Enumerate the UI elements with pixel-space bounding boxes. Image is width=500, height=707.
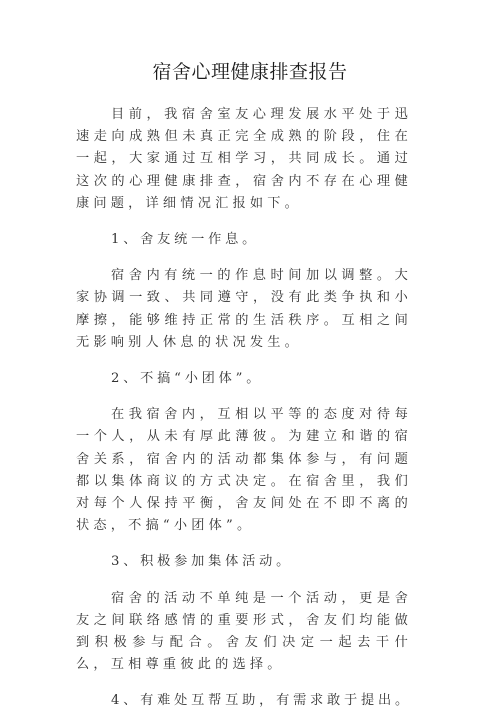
section-body-3: 宿舍的活动不单纯是一个活动，更是舍友之间联络感情的重要形式，舍友们均能做到积极参… — [76, 588, 412, 677]
document-title: 宿舍心理健康排查报告 — [0, 57, 500, 84]
section-heading-1: 1、舍友统一作息。 — [76, 229, 412, 251]
document-page: 宿舍心理健康排查报告 目前，我宿舍室友心理发展水平处于迅速走向成熟但未真正完全成… — [0, 0, 500, 707]
intro-paragraph: 目前，我宿舍室友心理发展水平处于迅速走向成熟但未真正完全成熟的阶段，住在一起，大… — [76, 104, 412, 215]
section-body-2: 在我宿舍内，互相以平等的态度对待每一个人，从未有厚此薄彼。为建立和谐的宿舍关系，… — [76, 404, 412, 537]
document-body: 目前，我宿舍室友心理发展水平处于迅速走向成熟但未真正完全成熟的阶段，住在一起，大… — [76, 104, 412, 707]
section-heading-2: 2、不搞“小团体”。 — [76, 368, 412, 390]
section-body-1: 宿舍内有统一的作息时间加以调整。大家协调一致、共同遵守，没有此类争执和小摩擦，能… — [76, 265, 412, 354]
section-heading-3: 3、积极参加集体活动。 — [76, 551, 412, 573]
section-heading-4: 4、有难处互帮互助，有需求敢于提出。 — [76, 690, 412, 707]
